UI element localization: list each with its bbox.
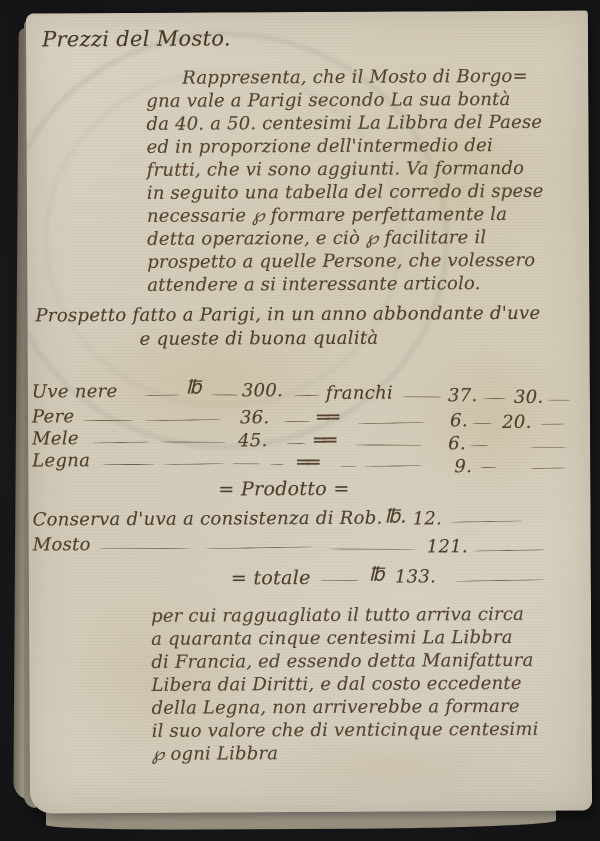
row-label-uve-nere: Uve nere xyxy=(32,381,118,402)
paragraph-line: di Francia, ed essendo detta Manifattura xyxy=(151,649,538,674)
paper-stain xyxy=(408,341,579,492)
row-label-legna: Legna xyxy=(32,450,90,471)
page-title: Prezzi del Mosto. xyxy=(42,26,231,51)
qty-mele: 45. xyxy=(238,430,268,451)
row-label-mosto: Mosto xyxy=(33,534,91,555)
currency-franchi: franchi xyxy=(326,383,393,404)
ditto-mark: ══ xyxy=(314,428,334,452)
unit-libbra: ℔ xyxy=(369,564,385,586)
row-label-conserva: Conserva d'uva a consistenza di Rob. xyxy=(33,508,383,531)
paragraph-line: a quaranta cinque centesimi La Libbra xyxy=(151,626,538,651)
manuscript-sheet: Prezzi del Mosto. Rappresenta, che il Mo… xyxy=(26,11,592,814)
paragraph-line: il suo valore che di venticinque centesi… xyxy=(152,718,539,743)
qty-pere: 36. xyxy=(240,407,270,428)
paragraph-line: da 40. a 50. centesimi La Libbra del Pae… xyxy=(146,111,543,136)
francs-legna: 9. xyxy=(454,456,472,477)
value-conserva: 12. xyxy=(413,508,443,529)
prodotto-heading: = Prodotto = xyxy=(218,478,349,501)
prospetto-heading-line1: Prospetto fatto a Parigi, in un anno abb… xyxy=(35,303,540,327)
qty-uve-nere: 300. xyxy=(242,380,283,401)
total-value: 133. xyxy=(395,566,436,587)
unit-libbra: ℔. xyxy=(384,505,406,527)
cents-pere: 20. xyxy=(502,412,532,433)
total-label: = totale xyxy=(231,567,311,589)
opening-paragraph: Rappresenta, che il Mosto di Borgo= gna … xyxy=(146,65,544,297)
paragraph-line: frutti, che vi sono aggiunti. Va formand… xyxy=(147,157,544,182)
prospetto-heading-line2: e queste di buona qualità xyxy=(140,328,379,350)
francs-uve-nere: 37. xyxy=(448,385,478,406)
paragraph-line: prospetto a quelle Persone, che volesser… xyxy=(147,249,544,274)
francs-mele: 6. xyxy=(448,433,466,454)
closing-paragraph: per cui ragguagliato il tutto arriva cir… xyxy=(151,603,539,766)
paragraph-line: Rappresenta, che il Mosto di Borgo= xyxy=(146,65,543,90)
value-mosto: 121. xyxy=(427,536,468,557)
row-label-pere: Pere xyxy=(32,406,75,427)
paragraph-line: detta operazione, e ciò ℘ facilitare il xyxy=(147,226,544,251)
paragraph-line: necessarie ℘ formare perfettamente la xyxy=(147,203,544,228)
paragraph-line: ℘ ogni Libbra xyxy=(152,741,539,766)
ditto-mark: ══ xyxy=(317,405,337,429)
scanned-manuscript-page: Prezzi del Mosto. Rappresenta, che il Mo… xyxy=(0,0,600,841)
paragraph-line: della Legna, non arriverebbe a formare xyxy=(151,695,538,720)
cents-uve-nere: 30. xyxy=(514,387,544,408)
francs-pere: 6. xyxy=(450,410,468,431)
ditto-mark: ══ xyxy=(297,450,317,474)
unit-libbra: ℔ xyxy=(186,377,202,399)
paragraph-line: attendere a si interessante articolo. xyxy=(147,272,544,297)
paragraph-line: gna vale a Parigi secondo La sua bontà xyxy=(146,88,543,113)
row-label-mele: Mele xyxy=(32,428,79,449)
paragraph-line: in seguito una tabella del corredo di sp… xyxy=(147,180,544,205)
paragraph-line: ed in proporzione dell'intermedio dei xyxy=(147,134,544,159)
paragraph-line: per cui ragguagliato il tutto arriva cir… xyxy=(151,603,538,628)
paragraph-line: Libera dai Diritti, e dal costo eccedent… xyxy=(151,672,538,697)
